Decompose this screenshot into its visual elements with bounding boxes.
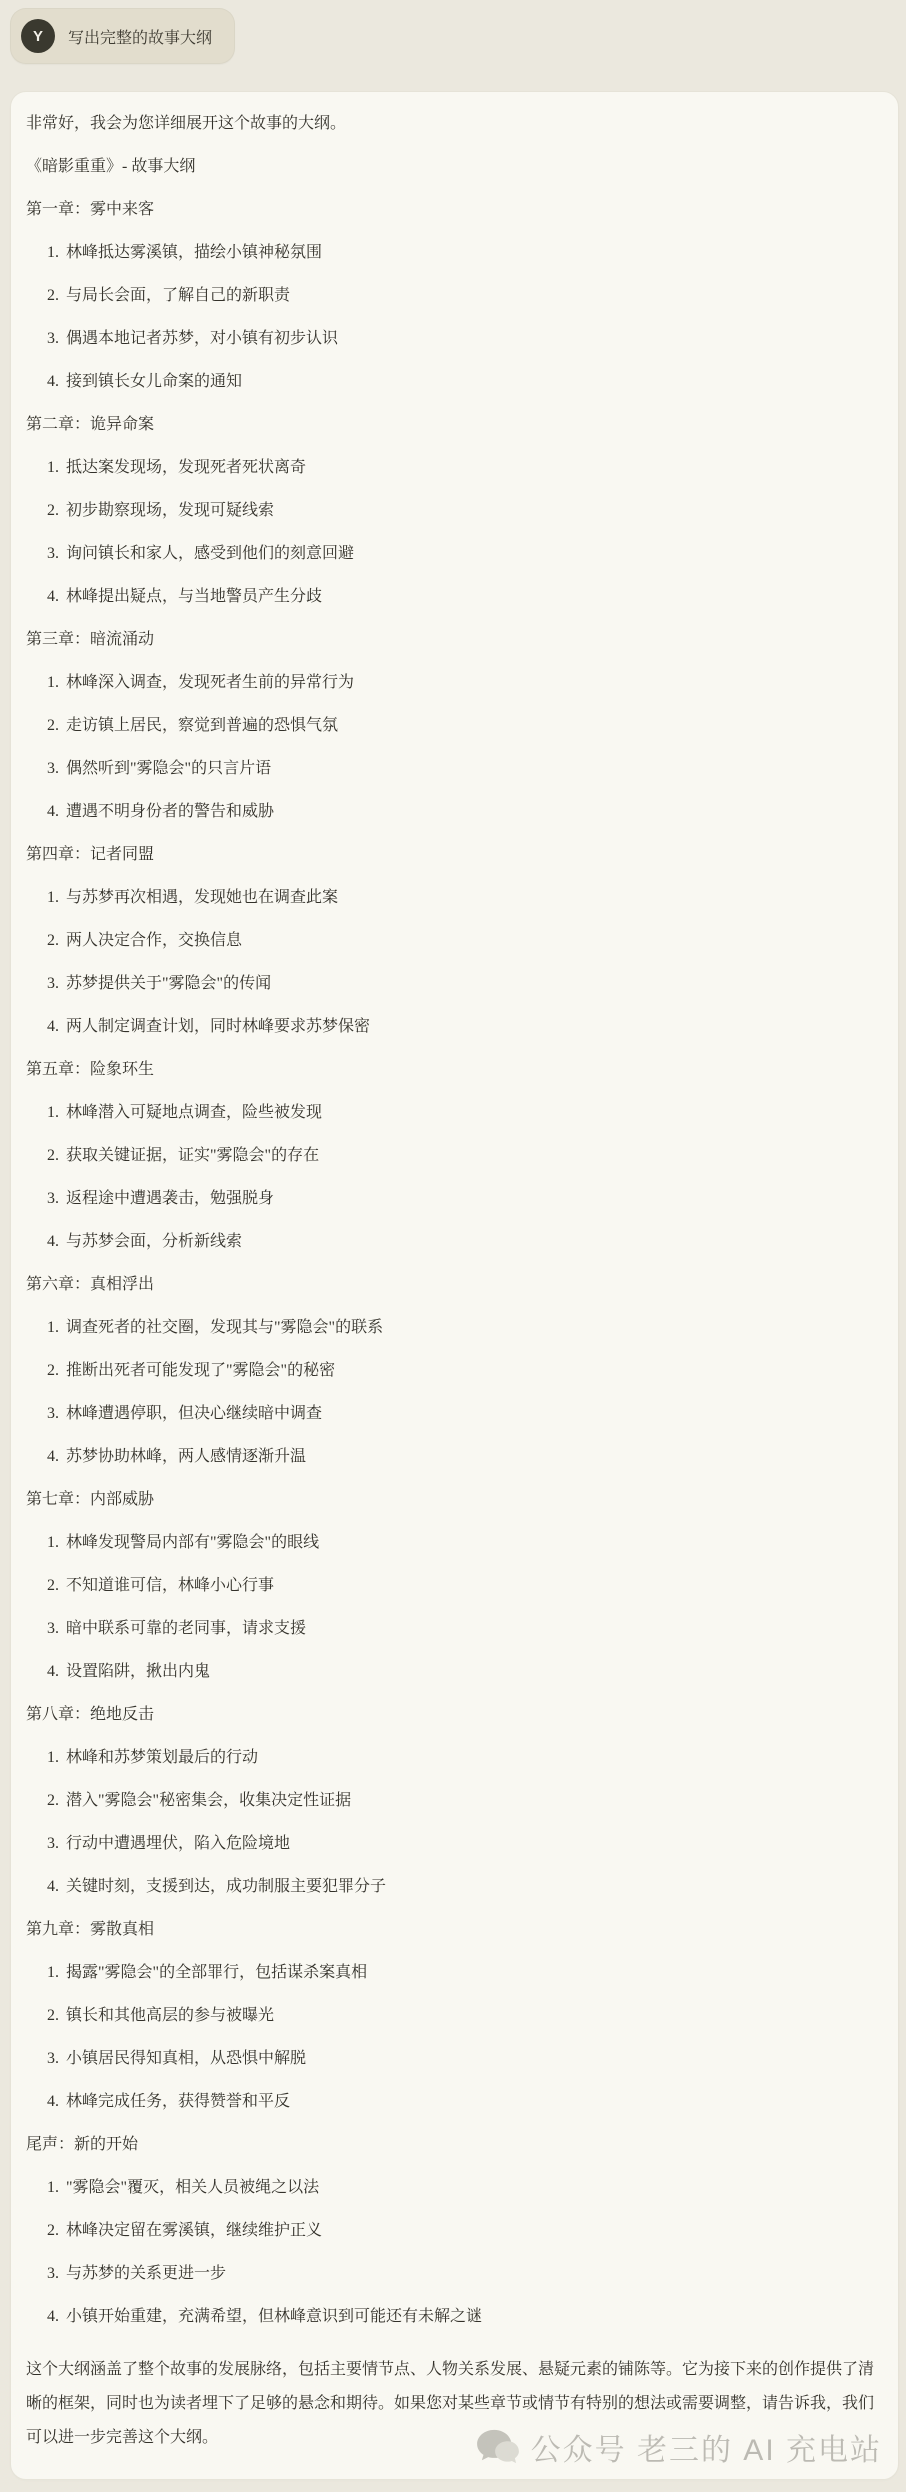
outline-item: 1.揭露"雾隐会"的全部罪行，包括谋杀案真相: [47, 1961, 880, 1985]
outline-item: 2.获取关键证据，证实"雾隐会"的存在: [47, 1144, 880, 1168]
outline-item: 4.小镇开始重建，充满希望，但林峰意识到可能还有未解之谜: [47, 2305, 880, 2329]
item-number: 1.: [47, 1316, 59, 1340]
item-text: 偶遇本地记者苏梦，对小镇有初步认识: [66, 327, 880, 351]
outline-item: 2.镇长和其他高层的参与被曝光: [47, 2004, 880, 2028]
item-text: 获取关键证据，证实"雾隐会"的存在: [66, 1144, 880, 1168]
outline-chapters: 第一章：雾中来客1.林峰抵达雾溪镇，描绘小镇神秘氛围2.与局长会面，了解自己的新…: [26, 198, 880, 2329]
outline-item: 1."雾隐会"覆灭，相关人员被绳之以法: [47, 2176, 880, 2200]
chapter-heading: 第八章：绝地反击: [26, 1703, 880, 1727]
item-text: 小镇开始重建，充满希望，但林峰意识到可能还有未解之谜: [66, 2305, 880, 2329]
chapter-heading: 第五章：险象环生: [26, 1058, 880, 1082]
outline-item: 2.林峰决定留在雾溪镇，继续维护正义: [47, 2219, 880, 2243]
outline-item: 3.林峰遭遇停职，但决心继续暗中调查: [47, 1402, 880, 1426]
outline-item: 3.苏梦提供关于"雾隐会"的传闻: [47, 972, 880, 996]
item-text: 潜入"雾隐会"秘密集会，收集决定性证据: [66, 1789, 880, 1813]
outline-item: 3.与苏梦的关系更进一步: [47, 2262, 880, 2286]
item-text: "雾隐会"覆灭，相关人员被绳之以法: [66, 2176, 880, 2200]
item-number: 3.: [47, 1402, 59, 1426]
chapter-heading: 第六章：真相浮出: [26, 1273, 880, 1297]
item-text: 遭遇不明身份者的警告和威胁: [66, 800, 880, 824]
item-number: 4.: [47, 585, 59, 609]
outline-item: 3.询问镇长和家人，感受到他们的刻意回避: [47, 542, 880, 566]
item-number: 1.: [47, 671, 59, 695]
item-text: 接到镇长女儿命案的通知: [66, 370, 880, 394]
item-text: 与苏梦会面，分析新线索: [66, 1230, 880, 1254]
item-number: 2.: [47, 284, 59, 308]
item-number: 4.: [47, 2090, 59, 2114]
item-number: 3.: [47, 1832, 59, 1856]
item-number: 1.: [47, 2176, 59, 2200]
item-text: 走访镇上居民，察觉到普遍的恐惧气氛: [66, 714, 880, 738]
outline-item: 4.遭遇不明身份者的警告和威胁: [47, 800, 880, 824]
outline-item: 1.林峰深入调查，发现死者生前的异常行为: [47, 671, 880, 695]
item-number: 1.: [47, 456, 59, 480]
outline-item: 1.调查死者的社交圈，发现其与"雾隐会"的联系: [47, 1316, 880, 1340]
user-avatar: Y: [21, 19, 55, 53]
item-text: 与局长会面，了解自己的新职责: [66, 284, 880, 308]
item-number: 3.: [47, 2047, 59, 2071]
outline-item: 1.林峰发现警局内部有"雾隐会"的眼线: [47, 1531, 880, 1555]
item-text: 与苏梦再次相遇，发现她也在调查此案: [66, 886, 880, 910]
outline-item: 3.返程途中遭遇袭击，勉强脱身: [47, 1187, 880, 1211]
item-text: 林峰提出疑点，与当地警员产生分歧: [66, 585, 880, 609]
item-number: 2.: [47, 2004, 59, 2028]
outline-item: 1.与苏梦再次相遇，发现她也在调查此案: [47, 886, 880, 910]
item-number: 3.: [47, 1617, 59, 1641]
item-number: 1.: [47, 1961, 59, 1985]
item-number: 4.: [47, 370, 59, 394]
outline-item: 3.偶然听到"雾隐会"的只言片语: [47, 757, 880, 781]
outline-item: 3.小镇居民得知真相，从恐惧中解脱: [47, 2047, 880, 2071]
item-text: 与苏梦的关系更进一步: [66, 2262, 880, 2286]
item-number: 4.: [47, 1445, 59, 1469]
outline-title: 《暗影重重》- 故事大纲: [26, 155, 880, 179]
item-text: 设置陷阱，揪出内鬼: [66, 1660, 880, 1684]
item-text: 苏梦提供关于"雾隐会"的传闻: [66, 972, 880, 996]
outline-item: 3.行动中遭遇埋伏，陷入危险境地: [47, 1832, 880, 1856]
outline-item: 4.关键时刻，支援到达，成功制服主要犯罪分子: [47, 1875, 880, 1899]
chapter-heading: 第七章：内部威胁: [26, 1488, 880, 1512]
reply-closing: 这个大纲涵盖了整个故事的发展脉络，包括主要情节点、人物关系发展、悬疑元素的铺陈等…: [26, 2353, 880, 2455]
item-text: 林峰深入调查，发现死者生前的异常行为: [66, 671, 880, 695]
item-number: 4.: [47, 1230, 59, 1254]
outline-item: 2.初步勘察现场，发现可疑线索: [47, 499, 880, 523]
item-text: 调查死者的社交圈，发现其与"雾隐会"的联系: [66, 1316, 880, 1340]
item-text: 揭露"雾隐会"的全部罪行，包括谋杀案真相: [66, 1961, 880, 1985]
item-number: 2.: [47, 929, 59, 953]
outline-item: 4.林峰完成任务，获得赞誉和平反: [47, 2090, 880, 2114]
outline-item: 2.与局长会面，了解自己的新职责: [47, 284, 880, 308]
item-text: 林峰抵达雾溪镇，描绘小镇神秘氛围: [66, 241, 880, 265]
outline-item: 2.推断出死者可能发现了"雾隐会"的秘密: [47, 1359, 880, 1383]
outline-item: 4.接到镇长女儿命案的通知: [47, 370, 880, 394]
item-text: 初步勘察现场，发现可疑线索: [66, 499, 880, 523]
chapter-heading: 第四章：记者同盟: [26, 843, 880, 867]
outline-item: 4.林峰提出疑点，与当地警员产生分歧: [47, 585, 880, 609]
item-number: 3.: [47, 2262, 59, 2286]
item-number: 2.: [47, 1574, 59, 1598]
item-text: 关键时刻，支援到达，成功制服主要犯罪分子: [66, 1875, 880, 1899]
outline-item: 2.不知道谁可信，林峰小心行事: [47, 1574, 880, 1598]
item-number: 3.: [47, 757, 59, 781]
outline-item: 3.暗中联系可靠的老同事，请求支援: [47, 1617, 880, 1641]
item-number: 1.: [47, 1531, 59, 1555]
item-text: 两人制定调查计划，同时林峰要求苏梦保密: [66, 1015, 880, 1039]
outline-item: 1.抵达案发现场，发现死者死状离奇: [47, 456, 880, 480]
outline-item: 4.两人制定调查计划，同时林峰要求苏梦保密: [47, 1015, 880, 1039]
item-number: 4.: [47, 800, 59, 824]
assistant-message-card: 非常好，我会为您详细展开这个故事的大纲。 《暗影重重》- 故事大纲 第一章：雾中…: [10, 91, 899, 2480]
item-text: 林峰决定留在雾溪镇，继续维护正义: [66, 2219, 880, 2243]
item-text: 林峰发现警局内部有"雾隐会"的眼线: [66, 1531, 880, 1555]
item-number: 4.: [47, 2305, 59, 2329]
outline-item: 1.林峰潜入可疑地点调查，险些被发现: [47, 1101, 880, 1125]
reply-intro: 非常好，我会为您详细展开这个故事的大纲。: [26, 112, 880, 136]
chapter-heading: 第九章：雾散真相: [26, 1918, 880, 1942]
user-message-text: 写出完整的故事大纲: [68, 25, 212, 48]
outline-item: 4.与苏梦会面，分析新线索: [47, 1230, 880, 1254]
outline-item: 1.林峰和苏梦策划最后的行动: [47, 1746, 880, 1770]
item-number: 3.: [47, 327, 59, 351]
item-number: 2.: [47, 2219, 59, 2243]
item-text: 推断出死者可能发现了"雾隐会"的秘密: [66, 1359, 880, 1383]
item-text: 林峰遭遇停职，但决心继续暗中调查: [66, 1402, 880, 1426]
item-text: 抵达案发现场，发现死者死状离奇: [66, 456, 880, 480]
outline-item: 4.苏梦协助林峰，两人感情逐渐升温: [47, 1445, 880, 1469]
item-number: 2.: [47, 499, 59, 523]
item-number: 1.: [47, 1101, 59, 1125]
outline-item: 4.设置陷阱，揪出内鬼: [47, 1660, 880, 1684]
user-message-bubble: Y 写出完整的故事大纲: [10, 8, 235, 64]
item-number: 1.: [47, 241, 59, 265]
item-number: 2.: [47, 714, 59, 738]
chat-page: { "user_message": { "avatar_letter": "Y"…: [0, 0, 906, 2480]
item-number: 2.: [47, 1789, 59, 1813]
item-number: 1.: [47, 886, 59, 910]
item-text: 行动中遭遇埋伏，陷入危险境地: [66, 1832, 880, 1856]
item-number: 4.: [47, 1015, 59, 1039]
outline-item: 2.潜入"雾隐会"秘密集会，收集决定性证据: [47, 1789, 880, 1813]
item-text: 林峰潜入可疑地点调查，险些被发现: [66, 1101, 880, 1125]
item-number: 3.: [47, 542, 59, 566]
outline-item: 3.偶遇本地记者苏梦，对小镇有初步认识: [47, 327, 880, 351]
outline-item: 1.林峰抵达雾溪镇，描绘小镇神秘氛围: [47, 241, 880, 265]
item-text: 不知道谁可信，林峰小心行事: [66, 1574, 880, 1598]
chapter-heading: 第一章：雾中来客: [26, 198, 880, 222]
item-text: 两人决定合作，交换信息: [66, 929, 880, 953]
item-number: 4.: [47, 1875, 59, 1899]
item-text: 暗中联系可靠的老同事，请求支援: [66, 1617, 880, 1641]
outline-item: 2.走访镇上居民，察觉到普遍的恐惧气氛: [47, 714, 880, 738]
item-text: 询问镇长和家人，感受到他们的刻意回避: [66, 542, 880, 566]
chapter-heading: 尾声：新的开始: [26, 2133, 880, 2157]
item-text: 林峰完成任务，获得赞誉和平反: [66, 2090, 880, 2114]
item-number: 2.: [47, 1144, 59, 1168]
item-text: 偶然听到"雾隐会"的只言片语: [66, 757, 880, 781]
chapter-heading: 第二章：诡异命案: [26, 413, 880, 437]
item-number: 1.: [47, 1746, 59, 1770]
item-text: 苏梦协助林峰，两人感情逐渐升温: [66, 1445, 880, 1469]
item-text: 小镇居民得知真相，从恐惧中解脱: [66, 2047, 880, 2071]
chapter-heading: 第三章：暗流涌动: [26, 628, 880, 652]
item-number: 2.: [47, 1359, 59, 1383]
item-number: 3.: [47, 972, 59, 996]
user-message-row: Y 写出完整的故事大纲: [10, 8, 906, 64]
item-number: 3.: [47, 1187, 59, 1211]
item-number: 4.: [47, 1660, 59, 1684]
outline-item: 2.两人决定合作，交换信息: [47, 929, 880, 953]
item-text: 林峰和苏梦策划最后的行动: [66, 1746, 880, 1770]
item-text: 返程途中遭遇袭击，勉强脱身: [66, 1187, 880, 1211]
item-text: 镇长和其他高层的参与被曝光: [66, 2004, 880, 2028]
